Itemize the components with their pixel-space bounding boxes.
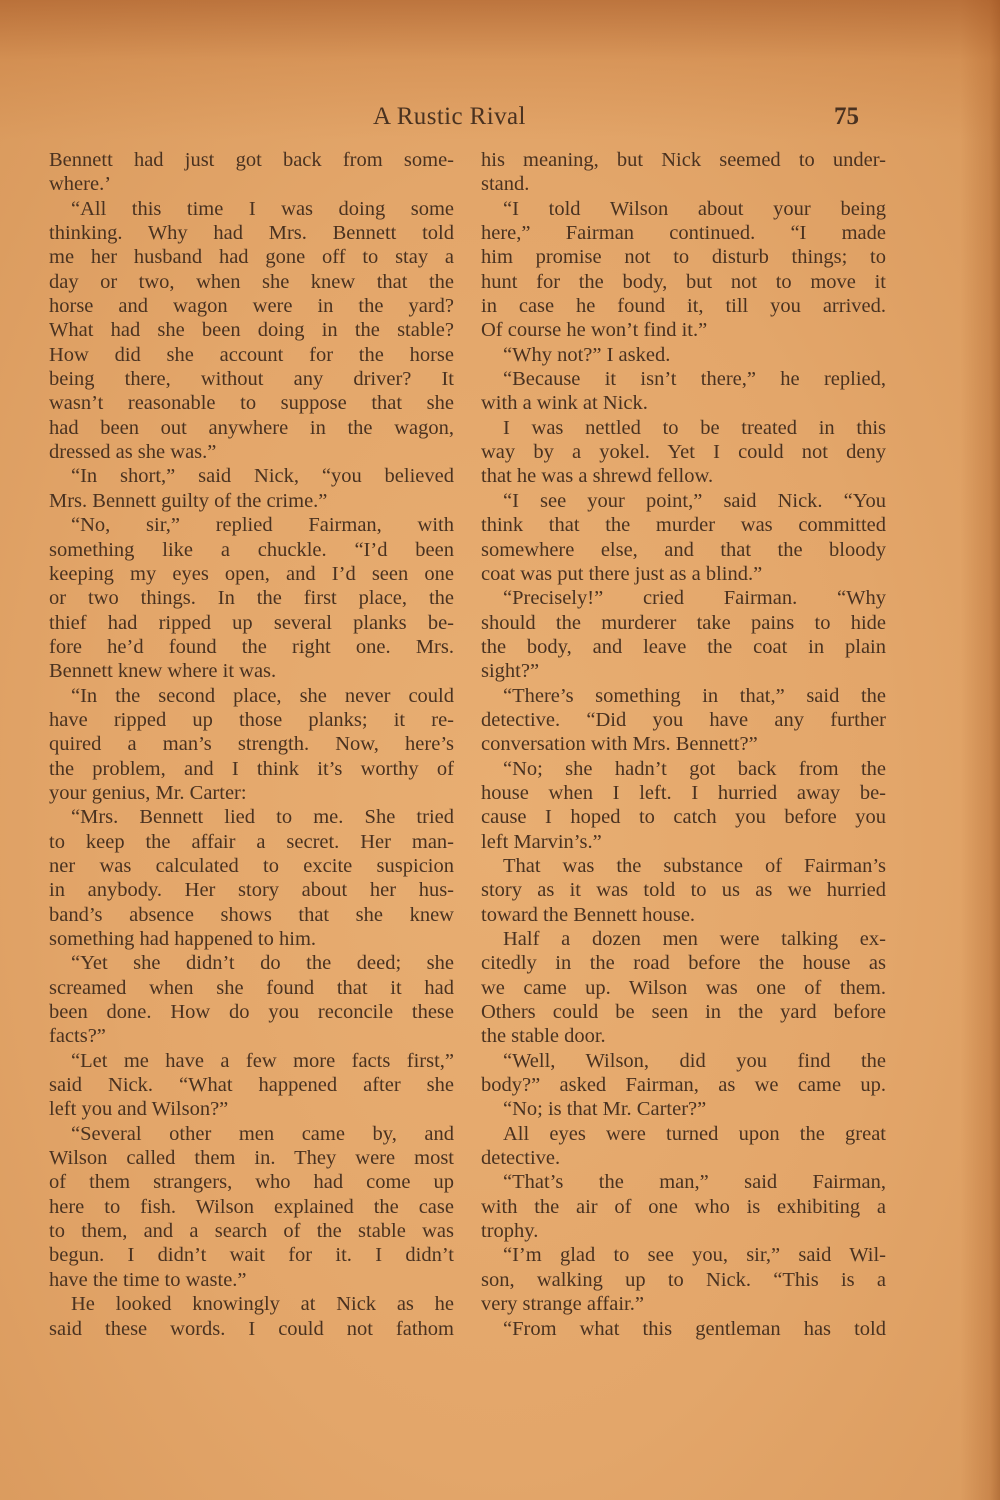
text-line: where.’ bbox=[49, 172, 454, 196]
text-line: “That’s the man,” said Fairman, bbox=[481, 1170, 886, 1194]
text-line: to keep the affair a secret. Her man- bbox=[49, 830, 454, 854]
text-line: “All this time I was doing some bbox=[49, 197, 454, 221]
running-head-title: A Rustic Rival bbox=[373, 103, 526, 131]
text-line: the body, and leave the coat in plain bbox=[481, 635, 886, 659]
text-line: we came up. Wilson was one of them. bbox=[481, 976, 886, 1000]
text-line: Others could be seen in the yard before bbox=[481, 1000, 886, 1024]
text-line: “Mrs. Bennett lied to me. She tried bbox=[49, 805, 454, 829]
text-line: Half a dozen men were talking ex- bbox=[481, 927, 886, 951]
text-column-right: his meaning, but Nick seemed to under-st… bbox=[481, 148, 886, 1341]
text-line: thinking. Why had Mrs. Bennett told bbox=[49, 221, 454, 245]
text-line: sight?” bbox=[481, 659, 886, 683]
text-line: Bennett had just got back from some- bbox=[49, 148, 454, 172]
text-line: “No; she hadn’t got back from the bbox=[481, 757, 886, 781]
text-line: of them strangers, who had come up bbox=[49, 1170, 454, 1194]
text-line: toward the Bennett house. bbox=[481, 903, 886, 927]
text-line: “In short,” said Nick, “you believed bbox=[49, 464, 454, 488]
text-line: quired a man’s strength. Now, here’s bbox=[49, 732, 454, 756]
page-number: 75 bbox=[834, 103, 859, 131]
text-line: day or two, when she knew that the bbox=[49, 270, 454, 294]
text-line: How did she account for the horse bbox=[49, 343, 454, 367]
text-line: that he was a shrewd fellow. bbox=[481, 464, 886, 488]
text-line: me her husband had gone off to stay a bbox=[49, 245, 454, 269]
text-line: left Marvin’s.” bbox=[481, 830, 886, 854]
text-line: somewhere else, and that the bloody bbox=[481, 538, 886, 562]
text-line: Mrs. Bennett guilty of the crime.” bbox=[49, 489, 454, 513]
text-line: way by a yokel. Yet I could not deny bbox=[481, 440, 886, 464]
text-line: said Nick. “What happened after she bbox=[49, 1073, 454, 1097]
text-line: have ripped up those planks; it re- bbox=[49, 708, 454, 732]
text-line: detective. “Did you have any further bbox=[481, 708, 886, 732]
text-line: “I told Wilson about your being bbox=[481, 197, 886, 221]
text-line: “Because it isn’t there,” he replied, bbox=[481, 367, 886, 391]
text-line: the stable door. bbox=[481, 1024, 886, 1048]
text-line: ner was calculated to excite suspicion bbox=[49, 854, 454, 878]
text-line: fore he’d found the right one. Mrs. bbox=[49, 635, 454, 659]
text-line: in anybody. Her story about her hus- bbox=[49, 878, 454, 902]
text-line: What had she been doing in the stable? bbox=[49, 318, 454, 342]
text-line: begun. I didn’t wait for it. I didn’t bbox=[49, 1243, 454, 1267]
text-line: band’s absence shows that she knew bbox=[49, 903, 454, 927]
text-line: Wilson called them in. They were most bbox=[49, 1146, 454, 1170]
text-line: here,” Fairman continued. “I made bbox=[481, 221, 886, 245]
text-line: “Let me have a few more facts first,” bbox=[49, 1049, 454, 1073]
text-line: to them, and a search of the stable was bbox=[49, 1219, 454, 1243]
text-line: conversation with Mrs. Bennett?” bbox=[481, 732, 886, 756]
text-line: facts?” bbox=[49, 1024, 454, 1048]
text-line: horse and wagon were in the yard? bbox=[49, 294, 454, 318]
text-line: “No, sir,” replied Fairman, with bbox=[49, 513, 454, 537]
text-line: left you and Wilson?” bbox=[49, 1097, 454, 1121]
text-line: said these words. I could not fathom bbox=[49, 1317, 454, 1341]
text-line: That was the substance of Fairman’s bbox=[481, 854, 886, 878]
text-line: your genius, Mr. Carter: bbox=[49, 781, 454, 805]
text-line: I was nettled to be treated in this bbox=[481, 416, 886, 440]
text-line: “Well, Wilson, did you find the bbox=[481, 1049, 886, 1073]
running-head: A Rustic Rival 75 bbox=[0, 103, 1000, 137]
text-column-left: Bennett had just got back from some-wher… bbox=[49, 148, 454, 1341]
text-line: body?” asked Fairman, as we came up. bbox=[481, 1073, 886, 1097]
text-line: him promise not to disturb things; to bbox=[481, 245, 886, 269]
text-line: Of course he won’t find it.” bbox=[481, 318, 886, 342]
text-line: something like a chuckle. “I’d been bbox=[49, 538, 454, 562]
text-line: He looked knowingly at Nick as he bbox=[49, 1292, 454, 1316]
text-line: trophy. bbox=[481, 1219, 886, 1243]
text-line: citedly in the road before the house as bbox=[481, 951, 886, 975]
text-line: “Why not?” I asked. bbox=[481, 343, 886, 367]
text-line: “Several other men came by, and bbox=[49, 1122, 454, 1146]
text-line: in case he found it, till you arrived. bbox=[481, 294, 886, 318]
text-line: house when I left. I hurried away be- bbox=[481, 781, 886, 805]
text-line: his meaning, but Nick seemed to under- bbox=[481, 148, 886, 172]
text-line: had been out anywhere in the wagon, bbox=[49, 416, 454, 440]
text-line: screamed when she found that it had bbox=[49, 976, 454, 1000]
text-line: wasn’t reasonable to suppose that she bbox=[49, 391, 454, 415]
text-line: here to fish. Wilson explained the case bbox=[49, 1195, 454, 1219]
text-line: coat was put there just as a blind.” bbox=[481, 562, 886, 586]
text-line: something had happened to him. bbox=[49, 927, 454, 951]
text-line: should the murderer take pains to hide bbox=[481, 611, 886, 635]
text-line: very strange affair.” bbox=[481, 1292, 886, 1316]
text-line: Bennett knew where it was. bbox=[49, 659, 454, 683]
text-line: son, walking up to Nick. “This is a bbox=[481, 1268, 886, 1292]
text-line: with a wink at Nick. bbox=[481, 391, 886, 415]
text-line: dressed as she was.” bbox=[49, 440, 454, 464]
text-line: been done. How do you reconcile these bbox=[49, 1000, 454, 1024]
text-line: “Precisely!” cried Fairman. “Why bbox=[481, 586, 886, 610]
text-line: the problem, and I think it’s worthy of bbox=[49, 757, 454, 781]
text-line: cause I hoped to catch you before you bbox=[481, 805, 886, 829]
text-line: thief had ripped up several planks be- bbox=[49, 611, 454, 635]
text-line: “I see your point,” said Nick. “You bbox=[481, 489, 886, 513]
text-line: “There’s something in that,” said the bbox=[481, 684, 886, 708]
text-line: have the time to waste.” bbox=[49, 1268, 454, 1292]
text-line: detective. bbox=[481, 1146, 886, 1170]
text-line: story as it was told to us as we hurried bbox=[481, 878, 886, 902]
text-line: being there, without any driver? It bbox=[49, 367, 454, 391]
text-line: “No; is that Mr. Carter?” bbox=[481, 1097, 886, 1121]
text-line: All eyes were turned upon the great bbox=[481, 1122, 886, 1146]
book-page: A Rustic Rival 75 Bennett had just got b… bbox=[0, 0, 1000, 1500]
text-line: “In the second place, she never could bbox=[49, 684, 454, 708]
text-line: with the air of one who is exhibiting a bbox=[481, 1195, 886, 1219]
text-line: stand. bbox=[481, 172, 886, 196]
text-line: “From what this gentleman has told bbox=[481, 1317, 886, 1341]
text-line: hunt for the body, but not to move it bbox=[481, 270, 886, 294]
text-line: keeping my eyes open, and I’d seen one bbox=[49, 562, 454, 586]
text-line: think that the murder was committed bbox=[481, 513, 886, 537]
text-line: “I’m glad to see you, sir,” said Wil- bbox=[481, 1243, 886, 1267]
text-line: “Yet she didn’t do the deed; she bbox=[49, 951, 454, 975]
text-line: or two things. In the first place, the bbox=[49, 586, 454, 610]
